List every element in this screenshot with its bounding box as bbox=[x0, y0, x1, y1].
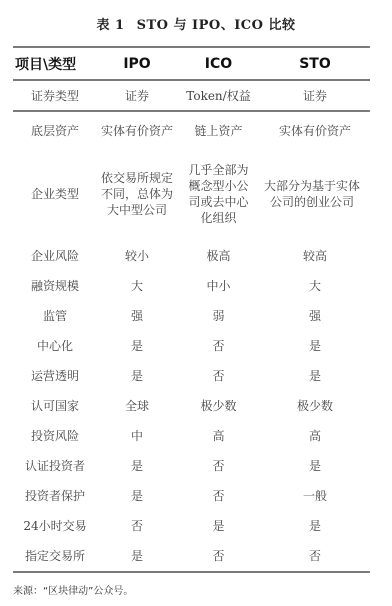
table-number: 表 1 bbox=[97, 18, 125, 33]
source-note: 来源：“区块律动”公众号。 bbox=[13, 582, 133, 597]
cell-sto: 是 bbox=[260, 451, 370, 481]
table-row: 监管 强 弱 强 bbox=[13, 301, 370, 331]
cell-ico: 几乎全部为概念型小公司或去中心化组织 bbox=[177, 147, 260, 241]
row-label: 投资风险 bbox=[13, 421, 97, 451]
cell-sto: 大部分为基于实体公司的创业公司 bbox=[260, 147, 370, 241]
cell-ico: Token/权益 bbox=[177, 80, 260, 111]
row-label: 24小时交易 bbox=[13, 511, 97, 541]
cell-ipo: 是 bbox=[97, 331, 177, 361]
cell-sto: 是 bbox=[260, 361, 370, 391]
row-label: 企业类型 bbox=[13, 147, 97, 241]
cell-ipo: 证券 bbox=[97, 80, 177, 111]
cell-ipo: 是 bbox=[97, 361, 177, 391]
row-label: 认证投资者 bbox=[13, 451, 97, 481]
cell-ico: 高 bbox=[177, 421, 260, 451]
cell-sto: 证券 bbox=[260, 80, 370, 111]
cell-sto: 否 bbox=[260, 541, 370, 572]
cell-ipo: 是 bbox=[97, 481, 177, 511]
cell-ico: 极少数 bbox=[177, 391, 260, 421]
table-row: 投资风险 中 高 高 bbox=[13, 421, 370, 451]
header-row: 项目\类型 IPO ICO STO bbox=[13, 47, 370, 80]
cell-sto: 较高 bbox=[260, 241, 370, 271]
cell-sto: 高 bbox=[260, 421, 370, 451]
row-label: 融资规模 bbox=[13, 271, 97, 301]
cell-ico: 否 bbox=[177, 481, 260, 511]
cell-ipo: 实体有价资产 bbox=[97, 111, 177, 147]
table-row: 认证投资者 是 否 是 bbox=[13, 451, 370, 481]
cell-ipo: 较小 bbox=[97, 241, 177, 271]
cell-ipo: 强 bbox=[97, 301, 177, 331]
table-row: 24小时交易 否 是 是 bbox=[13, 511, 370, 541]
table-caption: 表 1STO 与 IPO、ICO 比较 bbox=[0, 14, 392, 33]
header-item-type: 项目\类型 bbox=[13, 47, 97, 80]
cell-sto: 大 bbox=[260, 271, 370, 301]
cell-ipo: 全球 bbox=[97, 391, 177, 421]
comparison-table: 项目\类型 IPO ICO STO 证券类型 证券 Token/权益 证券 底层… bbox=[13, 46, 370, 573]
cell-sto: 是 bbox=[260, 511, 370, 541]
table-title: STO 与 IPO、ICO 比较 bbox=[137, 18, 296, 33]
cell-ico: 弱 bbox=[177, 301, 260, 331]
table-row: 指定交易所 是 否 否 bbox=[13, 541, 370, 572]
cell-ipo: 中 bbox=[97, 421, 177, 451]
row-label: 运营透明 bbox=[13, 361, 97, 391]
table-row: 证券类型 证券 Token/权益 证券 bbox=[13, 80, 370, 111]
cell-sto: 是 bbox=[260, 331, 370, 361]
cell-ico: 中小 bbox=[177, 271, 260, 301]
table-row: 运营透明 是 否 是 bbox=[13, 361, 370, 391]
table-row: 中心化 是 否 是 bbox=[13, 331, 370, 361]
table-row: 企业风险 较小 极高 较高 bbox=[13, 241, 370, 271]
cell-ico: 否 bbox=[177, 361, 260, 391]
cell-ico: 是 bbox=[177, 511, 260, 541]
cell-sto: 强 bbox=[260, 301, 370, 331]
cell-ico: 否 bbox=[177, 541, 260, 572]
table-row: 企业类型 依交易所规定不同，总体为大中型公司 几乎全部为概念型小公司或去中心化组… bbox=[13, 147, 370, 241]
header-ico: ICO bbox=[177, 47, 260, 80]
cell-ipo: 是 bbox=[97, 451, 177, 481]
cell-sto: 实体有价资产 bbox=[260, 111, 370, 147]
cell-ico: 否 bbox=[177, 331, 260, 361]
row-label: 证券类型 bbox=[13, 80, 97, 111]
header-ipo: IPO bbox=[97, 47, 177, 80]
cell-ipo: 否 bbox=[97, 511, 177, 541]
cell-ico: 极高 bbox=[177, 241, 260, 271]
cell-ico: 链上资产 bbox=[177, 111, 260, 147]
row-label: 监管 bbox=[13, 301, 97, 331]
row-label: 认可国家 bbox=[13, 391, 97, 421]
cell-ipo: 大 bbox=[97, 271, 177, 301]
header-sto: STO bbox=[260, 47, 370, 80]
row-label: 底层资产 bbox=[13, 111, 97, 147]
table-row: 投资者保护 是 否 一般 bbox=[13, 481, 370, 511]
cell-sto: 一般 bbox=[260, 481, 370, 511]
row-label: 企业风险 bbox=[13, 241, 97, 271]
row-label: 指定交易所 bbox=[13, 541, 97, 572]
cell-ipo: 是 bbox=[97, 541, 177, 572]
cell-ipo: 依交易所规定不同，总体为大中型公司 bbox=[97, 147, 177, 241]
cell-sto: 极少数 bbox=[260, 391, 370, 421]
row-label: 中心化 bbox=[13, 331, 97, 361]
table-row: 底层资产 实体有价资产 链上资产 实体有价资产 bbox=[13, 111, 370, 147]
table-row: 融资规模 大 中小 大 bbox=[13, 271, 370, 301]
table-row: 认可国家 全球 极少数 极少数 bbox=[13, 391, 370, 421]
row-label: 投资者保护 bbox=[13, 481, 97, 511]
cell-ico: 否 bbox=[177, 451, 260, 481]
